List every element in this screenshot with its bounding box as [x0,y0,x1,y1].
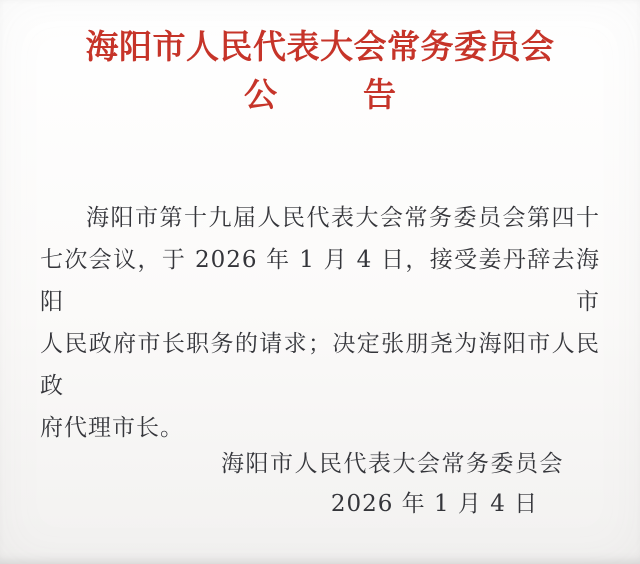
announcement-heading-char-left: 公 [244,76,277,114]
document-body: 海阳市第十九届人民代表大会常务委员会第四十 七次会议，于 2026 年 1 月 … [40,197,600,449]
announcement-heading: 公 告 [0,76,640,114]
signature-org: 海阳市人民代表大会常务委员会 [221,444,564,484]
body-line-4: 府代理市长。 [40,407,600,449]
body-line-1: 海阳市第十九届人民代表大会常务委员会第四十 [40,197,600,239]
signature-date: 2026 年 1 月 4 日 [263,484,606,524]
document-org-title: 海阳市人民代表大会常务委员会 [0,28,640,66]
announcement-document: 海阳市人民代表大会常务委员会 公 告 海阳市第十九届人民代表大会常务委员会第四十… [0,0,640,564]
signature-block: 海阳市人民代表大会常务委员会 2026 年 1 月 4 日 [221,444,564,524]
body-line-2: 七次会议，于 2026 年 1 月 4 日，接受姜丹辞去海阳市 [40,239,600,323]
announcement-heading-char-right: 告 [363,76,396,114]
body-line-3: 人民政府市长职务的请求；决定张朋尧为海阳市人民政 [40,323,600,407]
